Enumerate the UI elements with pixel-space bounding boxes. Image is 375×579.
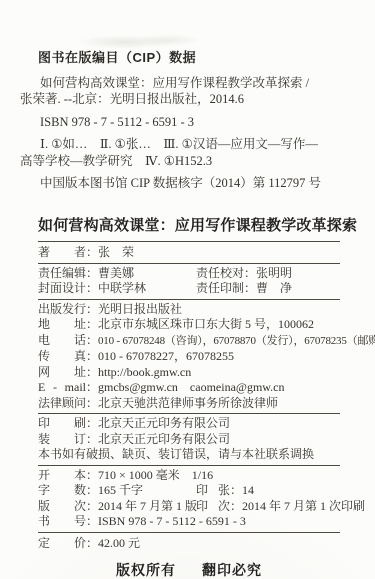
field-label: 印张 [196, 483, 230, 499]
field-value: 北京市东城区珠市口东大街 5 号，100062 [98, 317, 314, 331]
field-value: 北京天正元印务有限公司 [98, 432, 230, 446]
cip-author-line: 张荣著. --北京：光明日报出版社，2014.6 [20, 91, 347, 108]
field-label: 书号 [38, 514, 86, 530]
staff-row: 封面设计：中联学林 责任印制：曹 净 [38, 281, 340, 297]
field-value: 张 荣 [98, 245, 134, 259]
divider [38, 413, 340, 414]
copyright-left: 版权所有 [116, 562, 176, 578]
cip-title-line: 如何营构高效课堂：应用写作课程教学改革探索 / [20, 75, 347, 92]
divider [38, 263, 340, 264]
binder-row: 装订：北京天正元印务有限公司 [38, 432, 340, 448]
colon: ： [86, 499, 98, 515]
cip-isbn-line: ISBN 978 - 7 - 5112 - 6591 - 3 [20, 114, 347, 131]
field-value: 2014 年 7 月第 1 版 [98, 499, 197, 513]
divider [38, 532, 340, 533]
field-label: 装订 [38, 432, 86, 448]
field-label: 印刷 [38, 416, 86, 432]
publisher-row: 出版发行：光明日报出版社 [38, 302, 340, 318]
cip-block: 图书在版编目（CIP）数据 如何营构高效课堂：应用写作课程教学改革探索 / 张荣… [0, 0, 375, 192]
colophon: 如何营构高效课堂：应用写作课程教学改革探索 著者：张 荣 责任编辑：曹美娜 责任… [38, 214, 340, 579]
colon: ： [86, 514, 98, 530]
phone-row: 电话：010 - 67078248（咨询），67078870（发行），67078… [38, 333, 340, 350]
address-row: 地址：北京市东城区珠市口东大街 5 号，100062 [38, 317, 340, 333]
field-value: 曹美娜 [98, 266, 134, 280]
field-label: 开本 [38, 468, 86, 484]
field-label: 责任校对 [196, 266, 244, 282]
colon: ： [244, 266, 256, 282]
field-value: 42.00 元 [98, 536, 140, 550]
copyright-right: 翻印必究 [202, 562, 262, 578]
colon: ： [86, 281, 98, 297]
colon: ： [86, 317, 98, 333]
fax-row: 传真：010 - 67078227，67078255 [38, 349, 340, 365]
author-row: 著者：张 荣 [38, 244, 340, 261]
legal-counsel-row: 法律顾问：北京天驰洪范律师事务所徐波律师 [38, 396, 340, 412]
colon: ： [86, 432, 98, 448]
field-value: 2014 年 7 月第 1 次印刷 [242, 499, 365, 513]
colon: ： [86, 380, 98, 396]
defect-exchange-note: 本书如有破损、缺页、装订错误，请与本社联系调换 [38, 447, 340, 463]
field-value: 010 - 67078248（咨询），67078870（发行），67078235… [98, 335, 375, 347]
field-label: 传真 [38, 349, 86, 365]
field-label: 版次 [38, 499, 86, 515]
email-row: E - mail：gmcbs@gmw.cn caomeina@gmw.cn [38, 380, 340, 396]
cip-class-line-1: Ⅰ. ①如… Ⅱ. ①张… Ⅲ. ①汉语—应用文—写作— [20, 136, 347, 153]
wordcount-sheets-row: 字数：165 千字 印张：14 [38, 483, 340, 499]
colon: ： [86, 365, 98, 381]
colon: ： [86, 266, 98, 282]
edition-impression-row: 版次：2014 年 7 月第 1 版 印次：2014 年 7 月第 1 次印刷 [38, 499, 340, 515]
field-value: ISBN 978 - 7 - 5112 - 6591 - 3 [98, 514, 246, 528]
field-value: 中联学林 [98, 281, 146, 295]
colon: ： [86, 349, 98, 365]
field-value: gmcbs@gmw.cn caomeina@gmw.cn [98, 380, 285, 394]
divider [38, 241, 340, 242]
field-value: 14 [242, 483, 254, 497]
colon: ： [86, 535, 98, 552]
scanned-copyright-page: 图书在版编目（CIP）数据 如何营构高效课堂：应用写作课程教学改革探索 / 张荣… [0, 0, 375, 579]
field-label: 地址 [38, 317, 86, 333]
field-value: 曹 净 [256, 281, 292, 295]
field-label: 法律顾问 [38, 396, 86, 412]
colon: ： [86, 244, 98, 261]
copyright-notice: 版权所有翻印必究 [38, 560, 340, 579]
cip-header: 图书在版编目（CIP）数据 [20, 50, 347, 67]
divider [38, 465, 340, 466]
field-label: 印次 [196, 499, 230, 515]
isbn-row: 书号：ISBN 978 - 7 - 5112 - 6591 - 3 [38, 514, 340, 530]
field-label: 责任印制 [196, 281, 244, 297]
field-value: 710 × 1000 毫米 1/16 [98, 468, 213, 482]
field-label: 封面设计 [38, 281, 86, 297]
field-value: 010 - 67078227，67078255 [98, 349, 234, 363]
field-label: 著者 [38, 244, 86, 261]
field-label: 出版发行 [38, 302, 86, 318]
field-label: 责任编辑 [38, 266, 86, 282]
colon: ： [86, 468, 98, 484]
field-value: 张明明 [256, 266, 292, 280]
colon: ： [86, 333, 98, 349]
field-label: 字数 [38, 483, 86, 499]
colon: ： [86, 396, 98, 412]
colon: ： [230, 499, 242, 515]
cip-class-line-2: 高等学校—教学研究 Ⅳ. ①H152.3 [20, 153, 347, 170]
colon: ： [86, 416, 98, 432]
field-label: 定价 [38, 535, 86, 552]
printer-row: 印刷：北京天正元印务有限公司 [38, 416, 340, 432]
field-label: 电话 [38, 333, 86, 349]
field-value: 165 千字 [98, 483, 143, 497]
book-title: 如何营构高效课堂：应用写作课程教学改革探索 [38, 214, 340, 235]
field-value: 北京天正元印务有限公司 [98, 416, 230, 430]
colon: ： [230, 483, 242, 499]
colon: ： [244, 281, 256, 297]
divider [38, 299, 340, 300]
field-value: 北京天驰洪范律师事务所徐波律师 [98, 396, 278, 410]
field-value: http://book.gmw.cn [98, 365, 191, 379]
website-row: 网址：http://book.gmw.cn [38, 365, 340, 381]
field-value: 光明日报出版社 [98, 302, 182, 316]
field-label: E - mail [38, 380, 86, 396]
field-label: 网址 [38, 365, 86, 381]
format-row: 开本：710 × 1000 毫米 1/16 [38, 468, 340, 484]
colon: ： [86, 302, 98, 318]
colon: ： [86, 483, 98, 499]
price-row: 定价：42.00 元 [38, 535, 340, 552]
cip-record-line: 中国版本图书馆 CIP 数据核字（2014）第 112797 号 [20, 175, 347, 192]
staff-row: 责任编辑：曹美娜 责任校对：张明明 [38, 266, 340, 282]
